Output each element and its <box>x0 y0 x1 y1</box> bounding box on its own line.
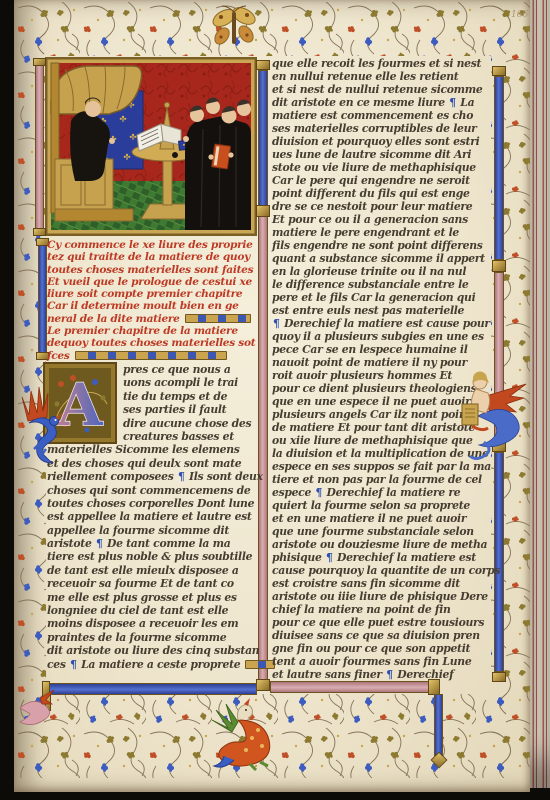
text-line: chief la matiere na point de fin <box>272 603 493 616</box>
left-text-column: pres ce que nous auons acompli le traiti… <box>47 363 259 671</box>
rubric-line: Car il determine moult bien en ge <box>47 300 259 312</box>
text-line: ses parties il fault <box>47 403 259 416</box>
text-line: uons acompli le trai <box>47 376 259 389</box>
text-line: diuisee sans ce que sa diuision pren <box>272 629 493 642</box>
blue-baguette-left-column <box>38 242 47 356</box>
rubric-line: toutes choses materielles sont faites <box>47 264 259 276</box>
text-line: longniee du ciel de tant est elle <box>47 604 259 617</box>
text-line: appellee la fourme sicomme dit <box>47 524 259 537</box>
text-line: fils engendre ne sont point differens <box>272 239 493 252</box>
pink-bar-bottom-right <box>270 681 430 693</box>
text-line: moins disposee a receuoir les em <box>47 617 259 630</box>
gold-knot <box>256 679 270 691</box>
rubric-line: dequoy toutes choses materielles sot <box>47 337 259 349</box>
text-line: pres ce que nous a <box>47 363 259 376</box>
line-filler-ornament <box>75 351 227 360</box>
text-line: quant a substance sicomme il appert <box>272 252 493 265</box>
pink-baguette-left-of-miniature <box>35 62 44 232</box>
text-line: aristote ou douziesme liure de metha <box>272 538 493 551</box>
text-line: quiert la fourme selon sa proprete <box>272 499 493 512</box>
text-line: dre se ce nestoit pour leur matiere <box>272 200 493 213</box>
text-line: tiere et non pas par la fourme de cel <box>272 473 493 486</box>
pilcrow-mark: ¶ <box>272 317 281 330</box>
text-line: que une fourme substanciale selon <box>272 525 493 538</box>
text-line: aristote ¶ De tant comme la ma <box>47 537 259 550</box>
right-text-column: que elle recoit les fourmes et si nesten… <box>272 57 493 681</box>
rubric-line: Le premier chapitre de la matiere <box>47 325 259 337</box>
text-line: toutes choses corporelles Dont lune <box>47 497 259 510</box>
text-line: cause pourquoy la quantite de un corps <box>272 564 493 577</box>
gold-knot <box>256 205 270 217</box>
text-line: ues lune de lautre sicomme dit Ari <box>272 148 493 161</box>
text-line: et des choses qui deulx sont mate <box>47 457 259 470</box>
text-line: ses materielles corruptibles de leur <box>272 122 493 135</box>
text-line: le difference substanciale entre le <box>272 278 493 291</box>
gold-knot <box>33 228 46 236</box>
text-line: point different du fils qui est enge <box>272 187 493 200</box>
text-line: creatures basses et <box>47 430 259 443</box>
text-line: de tant est elle mieulx disposee a <box>47 564 259 577</box>
gold-knot <box>492 260 506 272</box>
text-line: quoy il a plusieurs subgies en une es <box>272 330 493 343</box>
miniature-scholar-and-monks <box>45 57 257 236</box>
text-line: ¶ Derechief la matiere est cause pour <box>272 317 493 330</box>
text-line: est entre euls nest pas materielle <box>272 304 493 317</box>
line-filler-ornament <box>185 314 251 323</box>
text-line: praintes de la fourme sicomme <box>47 631 259 644</box>
text-line: receuoir sa fourme Et de tant co <box>47 577 259 590</box>
rubric-line: liure soit compte premier chapitre <box>47 288 259 300</box>
butterfly-figure <box>206 4 262 58</box>
text-line: pour ce que elle puet estre tousiours <box>272 616 493 629</box>
pilcrow-mark: ¶ <box>95 537 104 550</box>
right-margin-hybrid-figure <box>456 370 528 472</box>
pilcrow-mark: ¶ <box>69 658 78 671</box>
text-line: matiere le pere engendrant et le <box>272 226 493 239</box>
pilcrow-mark: ¶ <box>448 96 457 109</box>
pilcrow-mark: ¶ <box>314 486 323 499</box>
blue-baguette-center-top <box>258 70 268 206</box>
text-line: espece ¶ Derechief la matiere re <box>272 486 493 499</box>
gold-knot <box>492 672 506 682</box>
gold-knot <box>428 679 440 695</box>
text-line: dit aristote en ce mesme liure ¶ La <box>272 96 493 109</box>
left-margin-dragon-figure <box>20 385 68 465</box>
text-line: pere et le fils Car la generacion qui <box>272 291 493 304</box>
blue-baguette-right-bottom <box>494 452 504 672</box>
pilcrow-mark: ¶ <box>385 668 394 681</box>
pilcrow-mark: ¶ <box>325 551 334 564</box>
text-line: et si nest de nullui retenue sicomme <box>272 83 493 96</box>
text-line: et en une matiere il ne puet auoir <box>272 512 493 525</box>
text-line: matiere est commencement es cho <box>272 109 493 122</box>
text-line: en nullui retenue elle les retient <box>272 70 493 83</box>
blue-bar-bottom-left <box>47 683 257 695</box>
text-line: ces ¶ La matiere a ceste proprete <box>47 658 259 671</box>
text-line: Et pour ce ou il a generacion sans <box>272 213 493 226</box>
rubric-line: neral de la dite matiere <box>47 313 259 325</box>
pink-baguette-center <box>258 216 268 680</box>
rubric-line: Cy commence le xe liure des proprie <box>47 239 259 251</box>
gold-knot <box>492 66 506 76</box>
text-line: tie du temps et de <box>47 390 259 403</box>
text-line: choses qui sont commencemens de <box>47 484 259 497</box>
text-line: est croistre sans fin sicomme dit <box>272 577 493 590</box>
text-line: tiere est plus noble & plus soubtille <box>47 550 259 563</box>
folio-number: 166 <box>511 10 528 20</box>
text-line: et lautre sans finer ¶ Derechief <box>272 668 493 681</box>
blue-descender <box>434 694 443 756</box>
rubric-line: Et vueil que le prologue de cestui xe <box>47 276 259 288</box>
text-line: diuision et pourquoy elles sont estri <box>272 135 493 148</box>
text-line: nauoit point de matiere il ny pour <box>272 356 493 369</box>
text-line: riellement composees ¶ Ils sont deux <box>47 470 259 483</box>
book-fore-edge <box>530 0 550 788</box>
rubric-line: fces <box>47 350 259 362</box>
text-line: que elle recoit les fourmes et si nest <box>272 57 493 70</box>
bottom-margin-dragon-figure <box>194 698 290 774</box>
text-line: gne fin ou pour ce que son appetit <box>272 642 493 655</box>
parchment-page: A Cy commence le xe liure des proprietez… <box>14 0 530 792</box>
rubric-line: tez qui traitte de la matiere de quoy <box>47 251 259 263</box>
text-line: materielles Sicomme les elemens <box>47 443 259 456</box>
text-line: Car le pere qui engendre ne seroit <box>272 174 493 187</box>
text-line: stote ou vie liure de methaphisique <box>272 161 493 174</box>
gold-knot <box>33 58 46 66</box>
rubric-text: Cy commence le xe liure des proprietez q… <box>47 239 259 362</box>
text-line: me elle est plus grosse et plus es <box>47 591 259 604</box>
text-line: dire aucune chose des <box>47 417 259 430</box>
text-line: dit aristote ou liure des cinq substan <box>47 644 259 657</box>
text-line: en la glorieuse trinite ou il na nul <box>272 265 493 278</box>
text-line: est appellee la matiere et lautre est <box>47 510 259 523</box>
manuscript-scan: A Cy commence le xe liure des proprietez… <box>0 0 550 800</box>
line-filler-ornament <box>245 660 275 669</box>
text-line: aristote ou iiie liure de phisique Dere <box>272 590 493 603</box>
bottom-left-creature-figure <box>16 688 56 732</box>
blue-baguette-right-top <box>494 76 504 260</box>
gold-knot <box>256 60 270 70</box>
text-line: tent a auoir fourmes sans fin Lune <box>272 655 493 668</box>
text-line: phisique ¶ Derechief la matiere est <box>272 551 493 564</box>
text-line: pece Car se en lespece humaine il <box>272 343 493 356</box>
pilcrow-mark: ¶ <box>177 470 186 483</box>
